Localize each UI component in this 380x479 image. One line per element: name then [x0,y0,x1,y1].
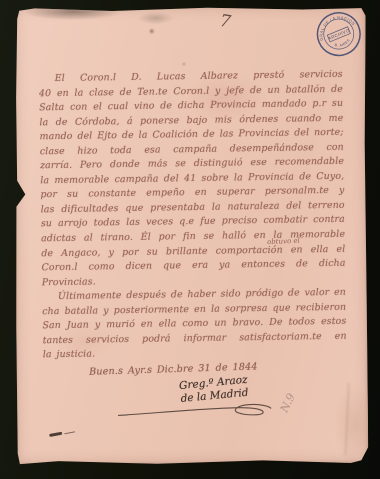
archive-stamp-icon: GRAL DE LA NACION B. AIRES ARCHIVO [309,4,369,64]
scanned-manuscript-photo: 7 GRAL DE LA NACION B. AIRES ARCHIVO El … [0,0,380,479]
signature-flourish-icon [114,398,274,423]
page-number: 7 [218,13,231,31]
interline-insertion: obtuvo el [267,238,300,246]
manuscript-page: 7 GRAL DE LA NACION B. AIRES ARCHIVO El … [14,5,369,465]
svg-text:B. AIRES: B. AIRES [333,37,352,50]
ink-smudge-mark [49,432,62,437]
pencil-annotation: N.9 [279,392,297,414]
paper-crease [344,383,349,455]
stamp-arc-bottom-text: B. AIRES [333,37,352,50]
letter-body: El Coron.l D. Lucas Albarez prestó servi… [39,68,348,378]
